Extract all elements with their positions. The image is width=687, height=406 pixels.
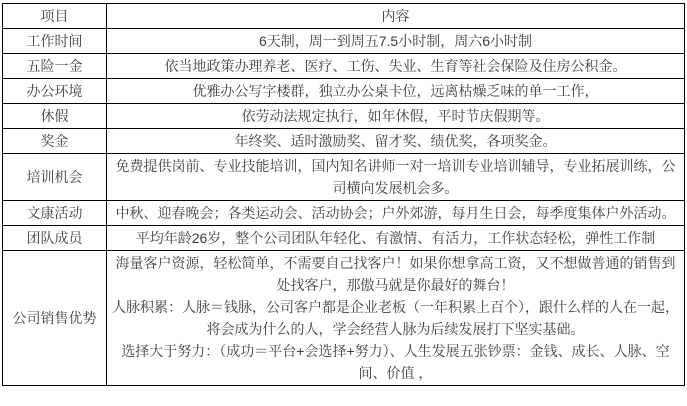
content-paragraph: 人脉积累：人脉＝钱脉，公司客户都是企业老板（一年积累上百个），跟什么样的人在一起…	[111, 296, 680, 340]
content-cell: 优雅办公写字楼群，独立办公桌卡位，远离枯燥乏味的单一工作，	[107, 79, 685, 104]
table-row: 文康活动中秋、迎春晚会；各类运动会、活动协会；户外郊游，每月生日会，每季度集体户…	[3, 201, 685, 226]
item-cell: 休假	[3, 104, 107, 129]
item-cell: 办公环境	[3, 79, 107, 104]
content-cell: 免费提供岗前、专业技能培训，国内知名讲师一对一培训专业培训辅导，专业拓展训练，公…	[107, 154, 685, 201]
header-row: 项目 内容	[3, 4, 685, 29]
header-cell-item: 项目	[3, 4, 107, 29]
content-paragraph: 中秋、迎春晚会；各类运动会、活动协会；户外郊游，每月生日会，每季度集体户外活动。	[111, 202, 680, 224]
table-header: 项目 内容	[3, 4, 685, 29]
table-row: 培训机会免费提供岗前、专业技能培训，国内知名讲师一对一培训专业培训辅导，专业拓展…	[3, 154, 685, 201]
content-paragraph: 平均年龄26岁，整个公司团队年轻化、有激情、有活力，工作状态轻松，弹性工作制	[111, 227, 680, 249]
content-paragraph: 依当地政策办理养老、医疗、工伤、失业、生育等社会保险及住房公积金。	[111, 55, 680, 77]
table-row: 团队成员平均年龄26岁，整个公司团队年轻化、有激情、有活力，工作状态轻松，弹性工…	[3, 226, 685, 251]
content-paragraph: 免费提供岗前、专业技能培训，国内知名讲师一对一培训专业培训辅导，专业拓展训练，公…	[111, 155, 680, 199]
content-cell: 依劳动法规定执行，如年休假，平时节庆假期等。	[107, 104, 685, 129]
content-cell: 平均年龄26岁，整个公司团队年轻化、有激情、有活力，工作状态轻松，弹性工作制	[107, 226, 685, 251]
content-paragraph: 依劳动法规定执行，如年休假，平时节庆假期等。	[111, 105, 680, 127]
content-paragraph: 年终奖、适时激励奖、留才奖、绩优奖，各项奖金。	[111, 130, 680, 152]
item-cell: 五险一金	[3, 54, 107, 79]
item-cell: 文康活动	[3, 201, 107, 226]
header-cell-content: 内容	[107, 4, 685, 29]
content-paragraph: 选择大于努力：（成功＝平台+会选择+努力）、人生发展五张钞票：金钱、成长、人脉、…	[111, 340, 680, 384]
table-row: 公司销售优势海量客户资源，轻松简单，不需要自己找客户！如果你想拿高工资，又不想做…	[3, 251, 685, 386]
content-cell: 年终奖、适时激励奖、留才奖、绩优奖，各项奖金。	[107, 129, 685, 154]
item-cell: 团队成员	[3, 226, 107, 251]
table-row: 办公环境优雅办公写字楼群，独立办公桌卡位，远离枯燥乏味的单一工作，	[3, 79, 685, 104]
table-row: 五险一金依当地政策办理养老、医疗、工伤、失业、生育等社会保险及住房公积金。	[3, 54, 685, 79]
table-row: 工作时间6天制，周一到周五7.5小时制，周六6小时制	[3, 29, 685, 54]
item-cell: 工作时间	[3, 29, 107, 54]
item-cell: 公司销售优势	[3, 251, 107, 386]
content-cell: 中秋、迎春晚会；各类运动会、活动协会；户外郊游，每月生日会，每季度集体户外活动。	[107, 201, 685, 226]
item-cell: 奖金	[3, 129, 107, 154]
content-paragraph: 优雅办公写字楼群，独立办公桌卡位，远离枯燥乏味的单一工作，	[111, 80, 680, 102]
table-row: 奖金年终奖、适时激励奖、留才奖、绩优奖，各项奖金。	[3, 129, 685, 154]
content-cell: 6天制，周一到周五7.5小时制，周六6小时制	[107, 29, 685, 54]
table-row: 休假依劳动法规定执行，如年休假，平时节庆假期等。	[3, 104, 685, 129]
content-cell: 海量客户资源，轻松简单，不需要自己找客户！如果你想拿高工资，又不想做普通的销售到…	[107, 251, 685, 386]
content-cell: 依当地政策办理养老、医疗、工伤、失业、生育等社会保险及住房公积金。	[107, 54, 685, 79]
content-paragraph: 海量客户资源，轻松简单，不需要自己找客户！如果你想拿高工资，又不想做普通的销售到…	[111, 252, 680, 296]
item-cell: 培训机会	[3, 154, 107, 201]
benefits-table: 项目 内容 工作时间6天制，周一到周五7.5小时制，周六6小时制五险一金依当地政…	[2, 3, 685, 386]
table-body: 工作时间6天制，周一到周五7.5小时制，周六6小时制五险一金依当地政策办理养老、…	[3, 29, 685, 386]
benefits-table-page: 项目 内容 工作时间6天制，周一到周五7.5小时制，周六6小时制五险一金依当地政…	[0, 0, 687, 406]
content-paragraph: 6天制，周一到周五7.5小时制，周六6小时制	[111, 30, 680, 52]
